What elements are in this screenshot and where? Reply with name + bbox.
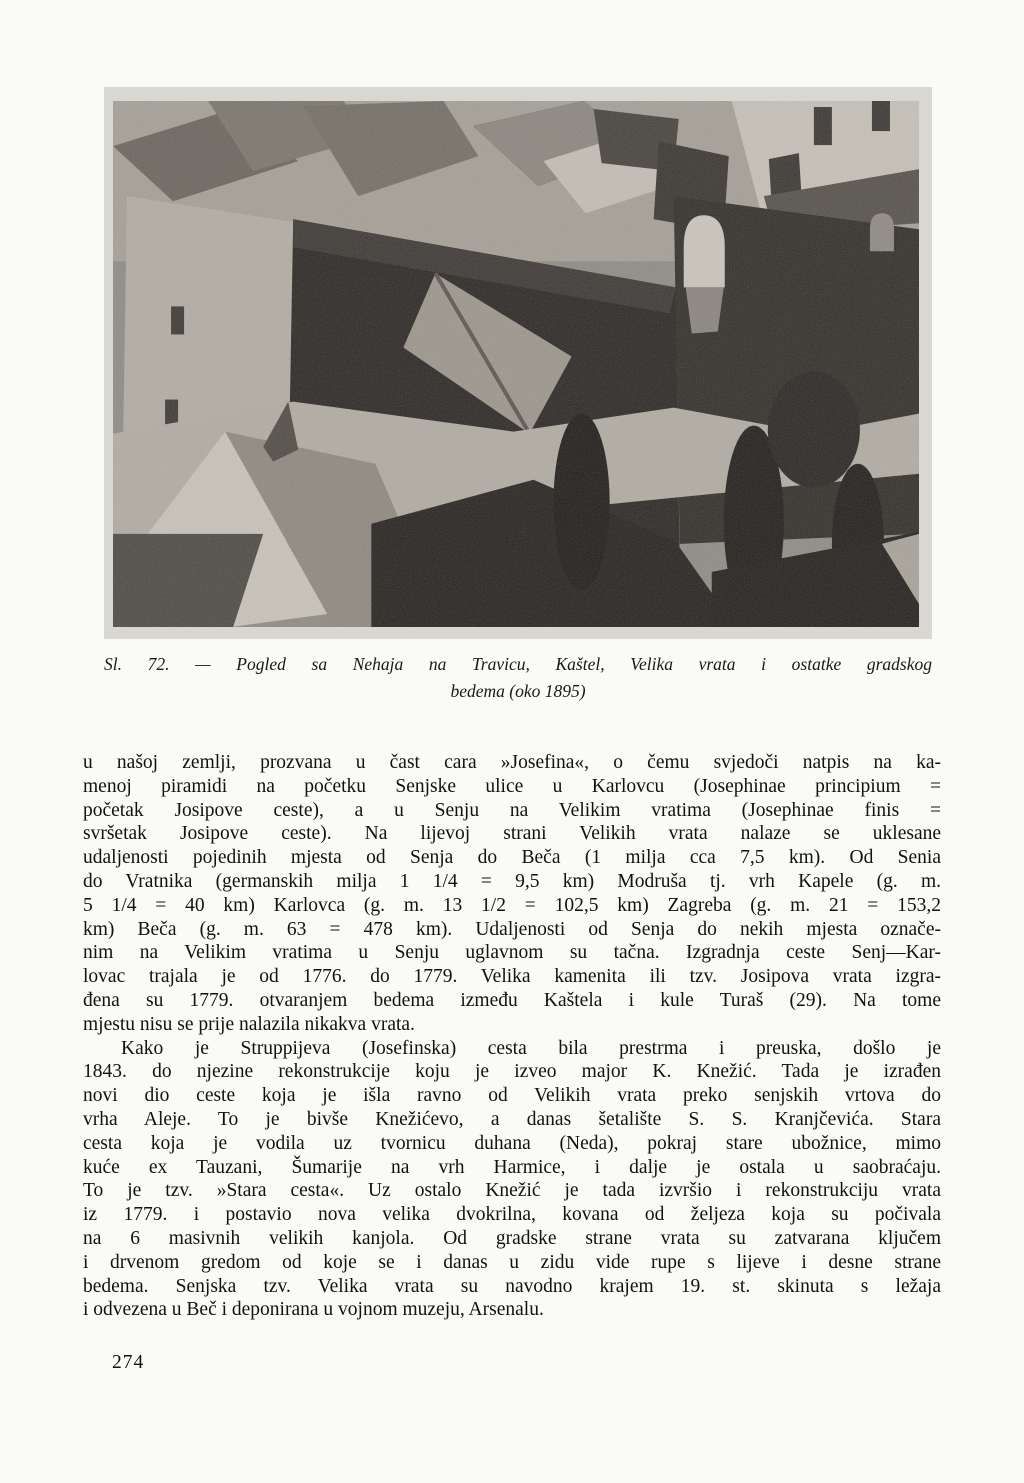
- page-number: 274: [112, 1352, 144, 1374]
- text-line: na 6 masivnih velikih kanjola. Od gradsk…: [83, 1227, 941, 1251]
- text-line: početak Josipove ceste), a u Senju na Ve…: [83, 799, 941, 823]
- grain-overlay: [113, 101, 919, 627]
- text-line: đena su 1779. otvaranjem bedema između K…: [83, 989, 941, 1013]
- figure-caption: Sl. 72. — Pogled sa Nehaja na Travicu, K…: [104, 651, 932, 705]
- text-line: km) Beča (g. m. 63 = 478 km). Udaljenost…: [83, 918, 941, 942]
- text-line: lovac trajala je od 1776. do 1779. Velik…: [83, 965, 941, 989]
- text-line: iz 1779. i postavio nova velika dvokriln…: [83, 1203, 941, 1227]
- text-line: To je tzv. »Stara cesta«. Uz ostalo Knež…: [83, 1179, 941, 1203]
- text-line: menoj piramidi na početku Senjske ulice …: [83, 775, 941, 799]
- text-line: bedema. Senjska tzv. Velika vrata su nav…: [83, 1275, 941, 1299]
- caption-line-1: Sl. 72. — Pogled sa Nehaja na Travicu, K…: [104, 651, 932, 678]
- text-line: udaljenosti pojedinih mjesta od Senja do…: [83, 846, 941, 870]
- text-line: 5 1/4 = 40 km) Karlovca (g. m. 13 1/2 = …: [83, 894, 941, 918]
- text-line: svršetak Josipove ceste). Na lijevoj str…: [83, 822, 941, 846]
- text-line: Kako je Struppijeva (Josefinska) cesta b…: [83, 1037, 941, 1061]
- text-line: u našoj zemlji, prozvana u čast cara »Jo…: [83, 751, 941, 775]
- caption-line-2: bedema (oko 1895): [104, 678, 932, 705]
- figure-photo-frame: [104, 87, 932, 639]
- body-text: u našoj zemlji, prozvana u čast cara »Jo…: [83, 751, 941, 1322]
- text-line: i odvezena u Beč i deponirana u vojnom m…: [83, 1298, 941, 1322]
- text-line: nim na Velikim vratima u Senju uglavnom …: [83, 941, 941, 965]
- book-page: Sl. 72. — Pogled sa Nehaja na Travicu, K…: [0, 0, 1024, 1483]
- text-line: novi dio ceste koja je išla ravno od Vel…: [83, 1084, 941, 1108]
- text-line: kuće ex Tauzani, Šumarije na vrh Harmice…: [83, 1156, 941, 1180]
- text-line: mjestu nisu se prije nalazila nikakva vr…: [83, 1013, 941, 1037]
- text-line: vrha Aleje. To je bivše Knežićevo, a dan…: [83, 1108, 941, 1132]
- text-line: 1843. do njezine rekonstrukcije koju je …: [83, 1060, 941, 1084]
- text-line: i drvenom gredom od koje se i danas u zi…: [83, 1251, 941, 1275]
- text-line: do Vratnika (germanskih milja 1 1/4 = 9,…: [83, 870, 941, 894]
- figure-photo: [113, 101, 919, 627]
- text-line: cesta koja je vodila uz tvornicu duhana …: [83, 1132, 941, 1156]
